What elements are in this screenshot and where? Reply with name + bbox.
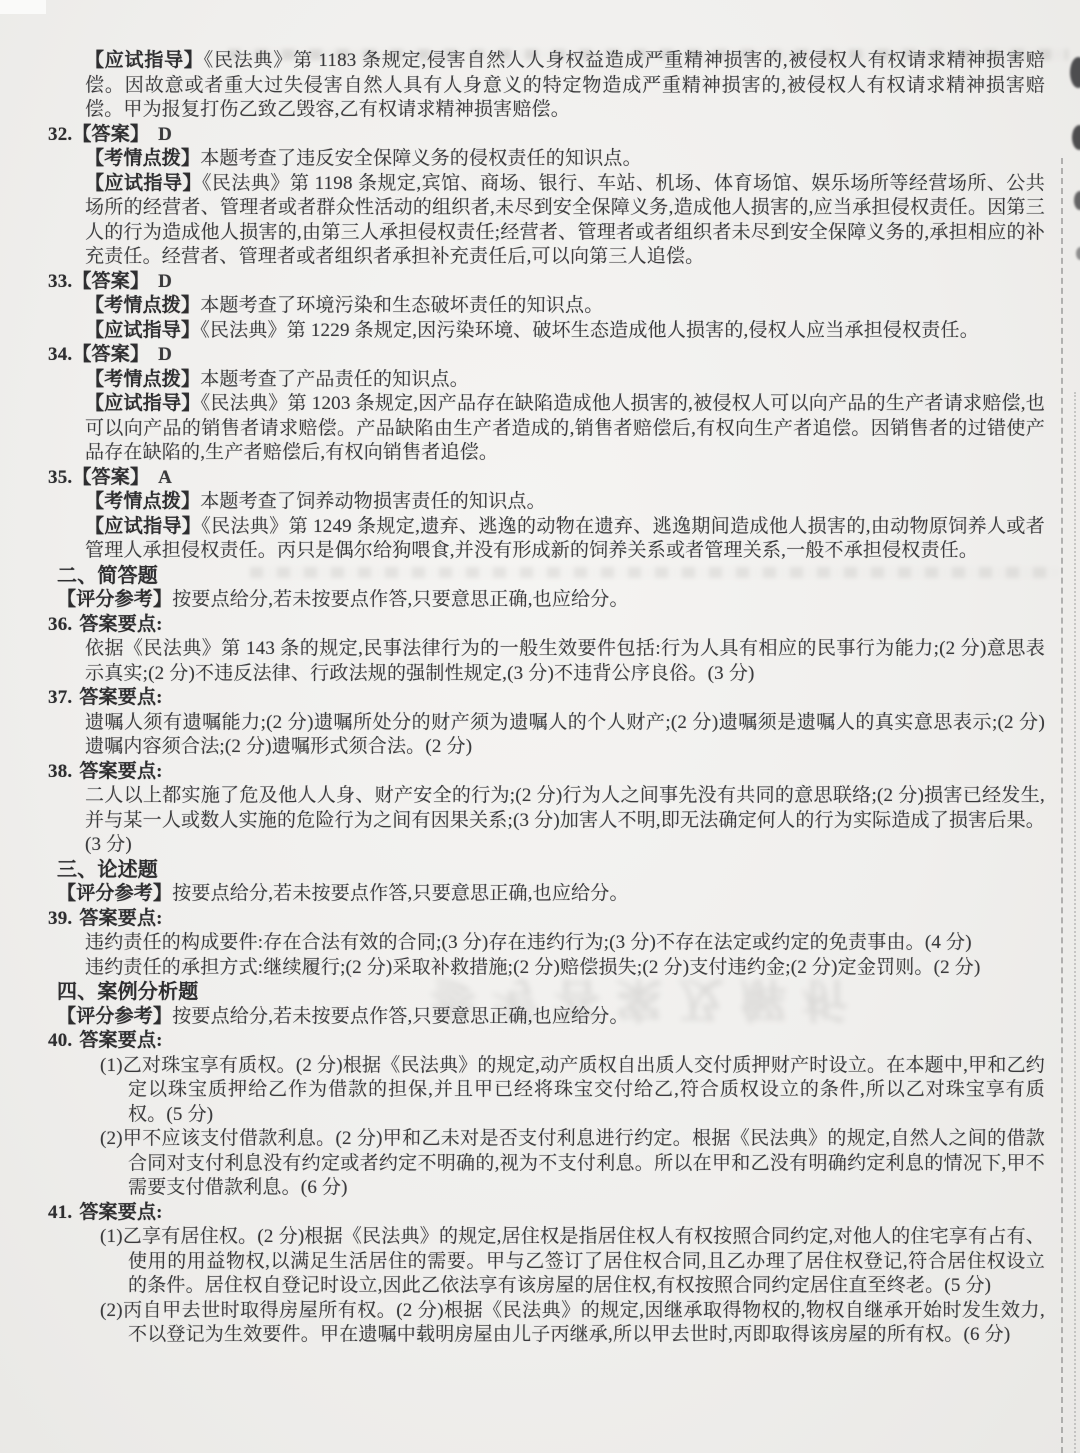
answer-text: 违约责任的承担方式:继续履行;(2 分)采取补救措施;(2 分)赔偿损失;(2 … [85, 956, 1045, 981]
sub-answer-1: (1)乙对珠宝享有质权。(2 分)根据《民法典》的规定,动产质权自出质人交付质押… [85, 1054, 1045, 1128]
answer-letter: D [158, 124, 173, 145]
answer-text: 二人以上都实施了危及他人人身、财产安全的行为;(2 分)行为人之间事先没有共同的… [85, 784, 1045, 858]
short-answer-item-38: 38.答案要点: 二人以上都实施了危及他人人身、财产安全的行为;(2 分)行为人… [48, 760, 1045, 858]
key-points-line: 36.答案要点: [48, 613, 1045, 638]
question-number: 34. [48, 344, 72, 365]
scoring-text: 按要点给分,若未按要点作答,只要意思正确,也应给分。 [172, 883, 628, 904]
key-points-line: 41.答案要点: [48, 1201, 1045, 1226]
mcq-answer-block-33: 33.【答案】D 【考情点拨】本题考查了环境污染和生态破坏责任的知识点。 【应试… [48, 270, 1045, 344]
binding-shadow-blob [1070, 57, 1080, 88]
short-answer-item-36: 36.答案要点: 依据《民法典》第 143 条的规定,民事法律行为的一般生效要件… [48, 613, 1045, 687]
exam-guide-text: 《民法典》第 1198 条规定,宾馆、商场、银行、车站、机场、体育场馆、娱乐场所… [85, 173, 1045, 268]
answer-line: 35.【答案】A [48, 466, 1045, 491]
scoring-label: 【评分参考】 [57, 883, 172, 904]
answer-label: 【答案】 [72, 124, 149, 145]
binding-shadow-blob [1074, 191, 1080, 210]
exam-point-label: 【考情点拨】 [85, 369, 200, 390]
exam-point-text: 本题考查了产品责任的知识点。 [200, 369, 469, 390]
key-points-label: 答案要点: [79, 761, 162, 782]
exam-point-line: 【考情点拨】本题考查了环境污染和生态破坏责任的知识点。 [85, 294, 1045, 319]
answer-line: 32.【答案】D [48, 123, 1045, 148]
exam-guide-label: 【应试指导】 [85, 393, 201, 414]
question-number: 35. [48, 467, 72, 488]
exam-point-label: 【考情点拨】 [85, 148, 200, 169]
sub-answer-2: (2)甲不应该支付借款利息。(2 分)甲和乙未对是否支付利息进行约定。根据《民法… [85, 1127, 1045, 1201]
question-number: 33. [48, 271, 72, 292]
mcq-answer-block-35: 35.【答案】A 【考情点拨】本题考查了饲养动物损害责任的知识点。 【应试指导】… [48, 466, 1045, 564]
question-number: 41. [48, 1202, 72, 1223]
exam-guide-line: 【应试指导】《民法典》第 1198 条规定,宾馆、商场、银行、车站、机场、体育场… [85, 172, 1045, 270]
case-item-41: 41.答案要点: (1)乙享有居住权。(2 分)根据《民法典》的规定,居住权是指… [48, 1201, 1045, 1348]
exam-guide-line: 【应试指导】《民法典》第 1203 条规定,因产品存在缺陷造成他人损害的,被侵权… [85, 392, 1045, 466]
key-points-line: 37.答案要点: [48, 686, 1045, 711]
key-points-label: 答案要点: [79, 614, 162, 635]
question-number: 40. [48, 1030, 72, 1051]
key-points-line: 38.答案要点: [48, 760, 1045, 785]
key-points-label: 答案要点: [79, 687, 162, 708]
key-points-label: 答案要点: [79, 1030, 162, 1051]
section-heading: 四、案例分析题 [57, 980, 1045, 1005]
question-number: 38. [48, 761, 72, 782]
scoring-note-line: 【评分参考】按要点给分,若未按要点作答,只要意思正确,也应给分。 [57, 588, 1045, 613]
answer-label: 【答案】 [72, 467, 149, 488]
binding-shadow-blob [1072, 125, 1080, 150]
scoring-label: 【评分参考】 [57, 589, 172, 610]
short-answer-item-37: 37.答案要点: 遗嘱人须有遗嘱能力;(2 分)遗嘱所处分的财产须为遗嘱人的个人… [48, 686, 1045, 760]
mcq-answer-block-34: 34.【答案】D 【考情点拨】本题考查了产品责任的知识点。 【应试指导】《民法典… [48, 343, 1045, 466]
exam-guide-label: 【应试指导】 [85, 50, 204, 71]
exam-guide-label: 【应试指导】 [85, 173, 202, 194]
exam-point-text: 本题考查了环境污染和生态破坏责任的知识点。 [200, 295, 603, 316]
answer-text: 依据《民法典》第 143 条的规定,民事法律行为的一般生效要件包括:行为人具有相… [85, 637, 1045, 686]
scoring-note-line: 【评分参考】按要点给分,若未按要点作答,只要意思正确,也应给分。 [57, 1005, 1045, 1030]
answer-key-document: 【应试指导】《民法典》第 1183 条规定,侵害自然人人身权益造成严重精神损害的… [48, 49, 1045, 1348]
exam-guide-paragraph: 【应试指导】《民法典》第 1183 条规定,侵害自然人人身权益造成严重精神损害的… [85, 49, 1045, 123]
question-number: 36. [48, 614, 72, 635]
exam-guide-label: 【应试指导】 [85, 320, 200, 341]
exam-guide-line: 【应试指导】《民法典》第 1249 条规定,遗弃、逃逸的动物在遗弃、逃逸期间造成… [85, 515, 1045, 564]
sub-answer-2: (2)丙自甲去世时取得房屋所有权。(2 分)根据《民法典》的规定,因继承取得物权… [85, 1299, 1045, 1348]
key-points-line: 40.答案要点: [48, 1029, 1045, 1054]
exam-point-text: 本题考查了违反安全保障义务的侵权责任的知识点。 [200, 148, 642, 169]
answer-letter: A [158, 467, 173, 488]
exam-point-line: 【考情点拨】本题考查了饲养动物损害责任的知识点。 [85, 490, 1045, 515]
scoring-note-line: 【评分参考】按要点给分,若未按要点作答,只要意思正确,也应给分。 [57, 882, 1045, 907]
exam-guide-text: 《民法典》第 1229 条规定,因污染环境、破坏生态造成他人损害的,侵权人应当承… [200, 320, 979, 341]
perforation-dashed-line [1061, 158, 1063, 1453]
scoring-text: 按要点给分,若未按要点作答,只要意思正确,也应给分。 [172, 589, 628, 610]
scanned-exam-answer-page: 参考答案及解析 【应试指导】《民法典》第 1183 条规定,侵害自然人人身权益造… [0, 0, 1080, 1453]
exam-point-line: 【考情点拨】本题考查了违反安全保障义务的侵权责任的知识点。 [85, 147, 1045, 172]
key-points-line: 39.答案要点: [48, 907, 1045, 932]
section-heading: 二、简答题 [57, 564, 1045, 589]
scan-corner-patch [0, 0, 46, 14]
question-number: 39. [48, 908, 72, 929]
answer-line: 34.【答案】D [48, 343, 1045, 368]
exam-point-text: 本题考查了饲养动物损害责任的知识点。 [200, 491, 546, 512]
section-short-answer: 二、简答题 【评分参考】按要点给分,若未按要点作答,只要意思正确,也应给分。 [48, 564, 1045, 613]
exam-point-label: 【考情点拨】 [85, 491, 200, 512]
section-essay: 三、论述题 【评分参考】按要点给分,若未按要点作答,只要意思正确,也应给分。 [48, 858, 1045, 907]
exam-guide-text: 《民法典》第 1203 条规定,因产品存在缺陷造成他人损害的,被侵权人可以向产品… [85, 393, 1045, 463]
scoring-text: 按要点给分,若未按要点作答,只要意思正确,也应给分。 [172, 1006, 628, 1027]
answer-letter: D [158, 344, 173, 365]
answer-line: 33.【答案】D [48, 270, 1045, 295]
mcq-answer-block-32: 32.【答案】D 【考情点拨】本题考查了违反安全保障义务的侵权责任的知识点。 【… [48, 123, 1045, 270]
case-item-40: 40.答案要点: (1)乙对珠宝享有质权。(2 分)根据《民法典》的规定,动产质… [48, 1029, 1045, 1201]
sub-answer-1: (1)乙享有居住权。(2 分)根据《民法典》的规定,居住权是指居住权人有权按照合… [85, 1225, 1045, 1299]
answer-text: 违约责任的构成要件:存在合法有效的合同;(3 分)存在违约行为;(3 分)不存在… [85, 931, 1045, 956]
exam-guide-text: 《民法典》第 1183 条规定,侵害自然人人身权益造成严重精神损害的,被侵权人有… [85, 50, 1045, 120]
scoring-label: 【评分参考】 [57, 1006, 172, 1027]
answer-letter: D [158, 271, 173, 292]
binding-shadow-blob [1076, 247, 1080, 260]
perforation-dotted-line [1074, 392, 1076, 1453]
answer-label: 【答案】 [72, 271, 149, 292]
exam-guide-line: 【应试指导】《民法典》第 1229 条规定,因污染环境、破坏生态造成他人损害的,… [85, 319, 1045, 344]
answer-label: 【答案】 [72, 344, 149, 365]
question-number: 32. [48, 124, 72, 145]
exam-point-label: 【考情点拨】 [85, 295, 200, 316]
section-heading: 三、论述题 [57, 858, 1045, 883]
exam-point-line: 【考情点拨】本题考查了产品责任的知识点。 [85, 368, 1045, 393]
section-case-analysis: 四、案例分析题 【评分参考】按要点给分,若未按要点作答,只要意思正确,也应给分。 [48, 980, 1045, 1029]
key-points-label: 答案要点: [79, 1202, 162, 1223]
answer-text: 遗嘱人须有遗嘱能力;(2 分)遗嘱所处分的财产须为遗嘱人的个人财产;(2 分)遗… [85, 711, 1045, 760]
question-number: 37. [48, 687, 72, 708]
exam-guide-text: 《民法典》第 1249 条规定,遗弃、逃逸的动物在遗弃、逃逸期间造成他人损害的,… [85, 516, 1045, 562]
key-points-label: 答案要点: [79, 908, 162, 929]
exam-guide-label: 【应试指导】 [85, 516, 201, 537]
essay-item-39: 39.答案要点: 违约责任的构成要件:存在合法有效的合同;(3 分)存在违约行为… [48, 907, 1045, 981]
